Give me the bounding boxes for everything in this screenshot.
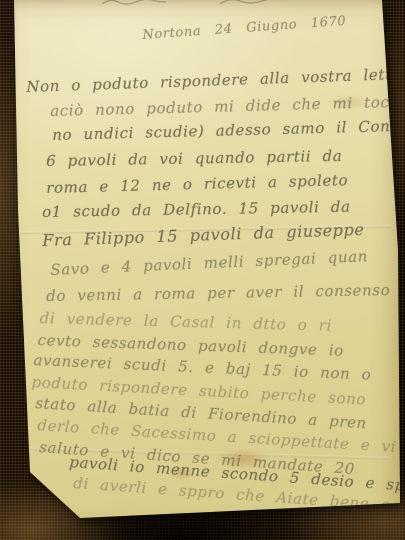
handwriting-line: Savo e 4 pavoli melli spregai quan: [50, 247, 368, 279]
handwriting-line: aciò nono poduto mi dide che mi toca: [50, 93, 399, 120]
handwriting-line: do venni a roma per aver il consenso: [46, 281, 390, 305]
handwriting-line: no undici scudie) adesso samo il Condo: [52, 117, 405, 144]
handwriting-line: avanserei scudi 5. e baj 15 io non o: [33, 351, 371, 384]
handwriting-line: Fra Filippo 15 pavoli da giuseppe: [42, 220, 365, 250]
paper-stain: [215, 448, 271, 470]
letter-paper-shadow: Nortona 24 Giugno 1670 Non o poduto risp…: [0, 0, 405, 540]
handwriting-line: o1 scudo da Delfino. 15 pavoli da: [42, 198, 351, 221]
paper-stain: [328, 94, 370, 110]
paper-crease: [20, 447, 391, 460]
handwriting-line: pavoli io menne scondo 5 desio e sper: [69, 453, 405, 496]
handwriting-line: Non o poduto rispondere alla vostra lett…: [26, 64, 405, 96]
paper-crease: [20, 225, 391, 234]
letter-paper: Nortona 24 Giugno 1670 Non o poduto risp…: [0, 0, 405, 540]
handwriting-line: poduto rispondere subito perche sono: [31, 373, 366, 409]
handwriting-line: cevto sessandono pavoli dongve io: [37, 331, 344, 360]
handwriting-line: derlo che Sacessimo a scioppettate e vi: [37, 416, 397, 456]
cropped-top-writing: [100, 0, 310, 8]
handwriting-line: di vendere la Casal in dtto o ri: [40, 309, 333, 335]
handwriting-line: roma e 12 ne o ricevti a spoleto: [46, 171, 348, 197]
letter-dateline: Nortona 24 Giugno 1670: [142, 14, 347, 43]
handwriting-line: di averli e sppro che Aiate bene e vi: [73, 474, 405, 516]
paper-stain: [168, 466, 196, 480]
handwriting-line: 6 pavoli da voi quando partii da: [46, 147, 343, 170]
handwriting-line: saluto e vi dico se mi mandate 20: [39, 438, 356, 478]
photo-background: Nortona 24 Giugno 1670 Non o poduto risp…: [0, 0, 405, 540]
handwriting-line: stato alla batia di Fiorendino a pren: [35, 394, 367, 432]
